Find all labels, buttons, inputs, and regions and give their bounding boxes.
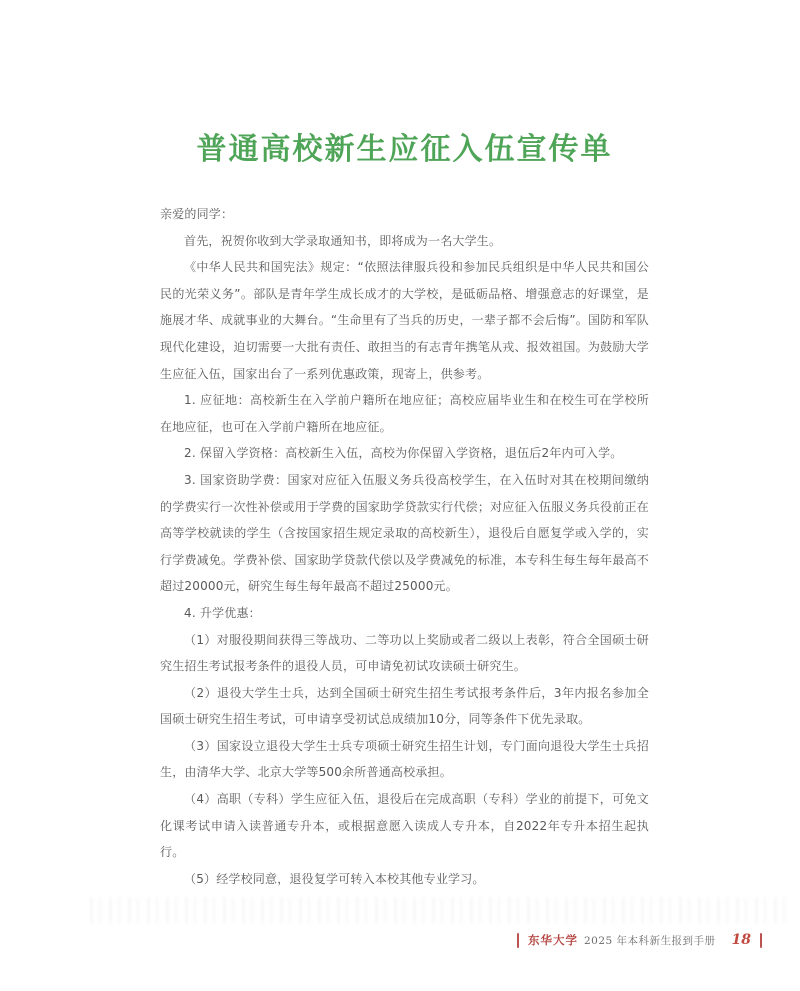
- paragraph: 3. 国家资助学费：国家对应征入伍服义务兵役高校学生，在入伍时对其在校期间缴纳的…: [160, 467, 649, 600]
- paragraph: （3）国家设立退役大学生士兵专项硕士研究生招生计划，专门面向退役大学生士兵招生，…: [160, 733, 649, 786]
- paragraph: （1）对服役期间获得三等战功、二等功以上奖励或者二级以上表彰，符合全国硕士研究生…: [160, 627, 649, 680]
- paragraph: 《中华人民共和国宪法》规定：“依照法律服兵役和参加民兵组织是中华人民共和国公民的…: [160, 254, 649, 387]
- footer-divider-left: [517, 933, 519, 948]
- paragraph: 4. 升学优惠：: [160, 600, 649, 627]
- page-title: 普通高校新生应征入伍宣传单: [160, 124, 649, 168]
- document-page: 普通高校新生应征入伍宣传单 亲爱的同学：首先，祝贺你收到大学录取通知书，即将成为…: [0, 0, 800, 991]
- paragraph: 首先，祝贺你收到大学录取通知书，即将成为一名大学生。: [160, 228, 649, 255]
- paragraph: （2）退役大学生士兵，达到全国硕士研究生招生考试报考条件后，3年内报名参加全国硕…: [160, 680, 649, 733]
- footer-divider-right: [760, 933, 762, 948]
- paragraph: 2. 保留入学资格：高校新生入伍，高校为你保留入学资格，退伍后2年内可入学。: [160, 440, 649, 467]
- handbook-title: 2025 年本科新生报到手册: [584, 933, 716, 948]
- scan-artifact-band: [90, 897, 790, 923]
- page-footer: 东华大学 2025 年本科新生报到手册 18: [517, 930, 762, 950]
- paragraph: 1. 应征地：高校新生在入学前户籍所在地应征；高校应届毕业生和在校生可在学校所在…: [160, 387, 649, 440]
- paragraph: （5）经学校同意，退役复学可转入本校其他专业学习。: [160, 866, 649, 893]
- paragraph: 亲爱的同学：: [160, 201, 649, 228]
- body-text: 亲爱的同学：首先，祝贺你收到大学录取通知书，即将成为一名大学生。《中华人民共和国…: [160, 201, 649, 892]
- university-name: 东华大学: [528, 932, 578, 948]
- page-number: 18: [732, 932, 751, 948]
- paragraph: （4）高职（专科）学生应征入伍，退役后在完成高职（专科）学业的前提下，可免文化课…: [160, 786, 649, 866]
